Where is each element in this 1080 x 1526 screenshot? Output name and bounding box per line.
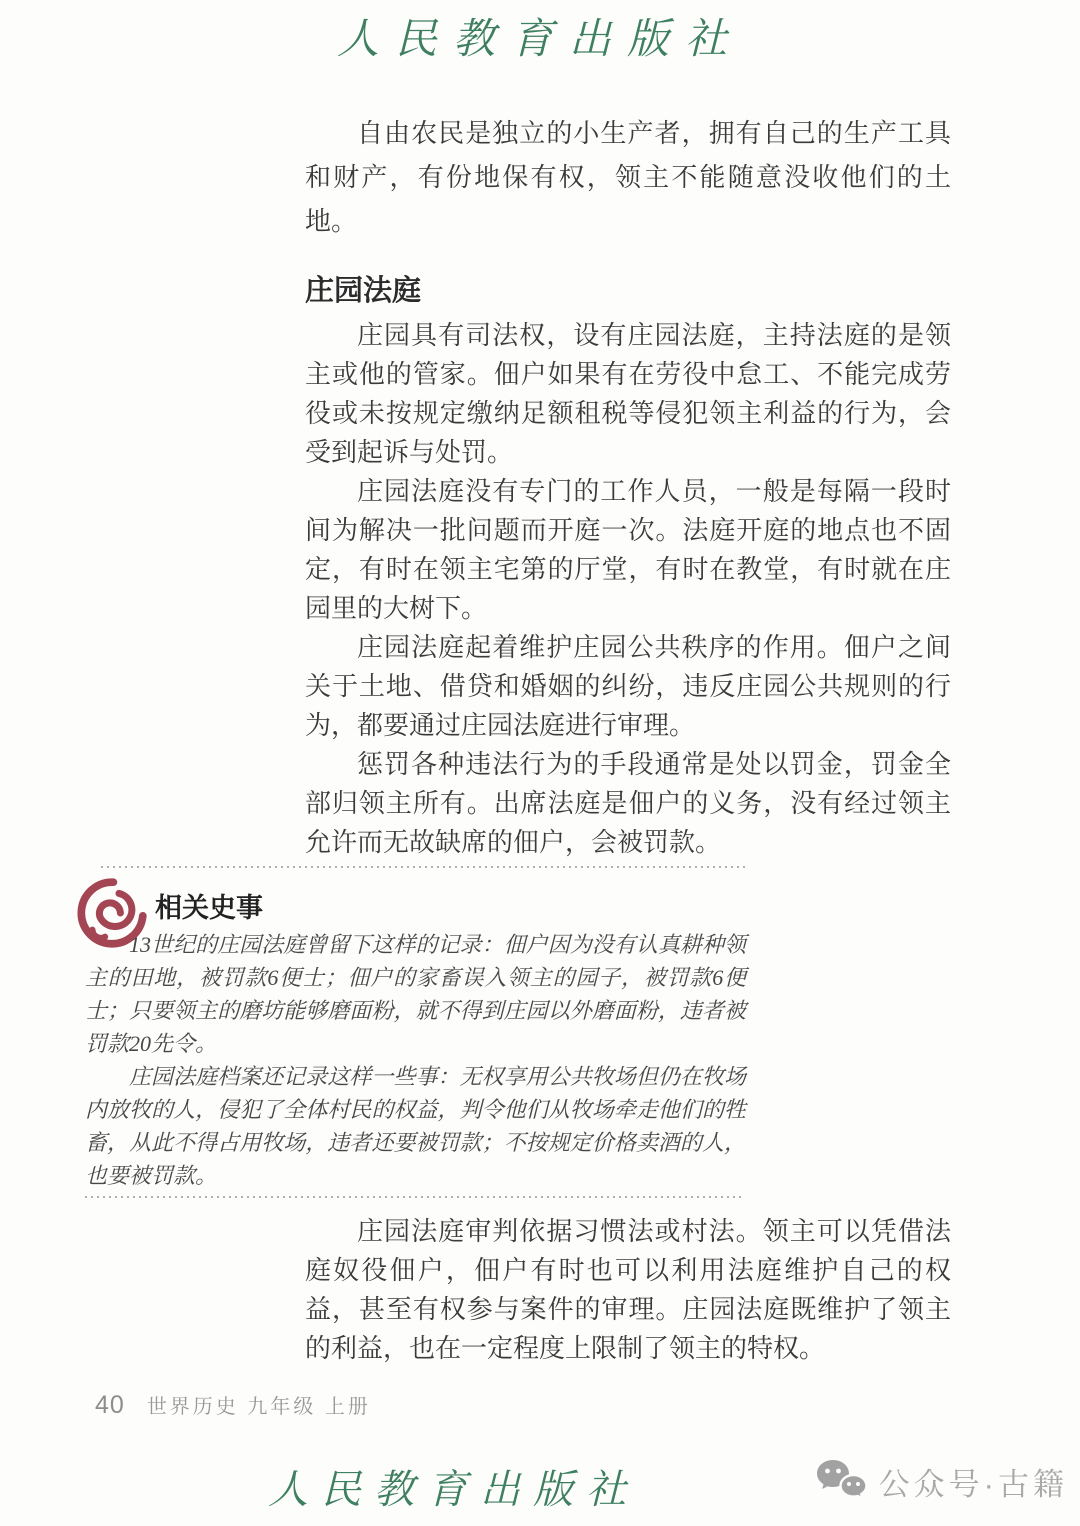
wechat-chat-bubbles-icon [815,1458,869,1504]
sidebar-paragraph: 庄园法庭档案还记录这样一些事：无权享用公共牧场但仍在牧场内放牧的人，侵犯了全体村… [85,1060,746,1192]
sidebar-body: 13世纪的庄园法庭曾留下这样的记录：佃户因为没有认真耕种领主的田地，被罚款6便士… [85,928,746,1192]
related-history-box: 相关史事 13世纪的庄园法庭曾留下这样的记录：佃户因为没有认真耕种领主的田地，被… [85,866,746,868]
wechat-watermark: 公众号·古籍 [815,1458,1068,1504]
body-paragraph: 庄园具有司法权，设有庄园法庭，主持法庭的是领主或他的管家。佃户如果有在劳役中怠工… [305,316,951,472]
dotted-divider-bottom [85,1196,741,1198]
body-paragraph: 庄园法庭起着维护庄园公共秩序的作用。佃户之间关于土地、借贷和婚姻的纠纷，违反庄园… [305,628,951,745]
body-paragraph: 庄园法庭没有专门的工作人员，一般是每隔一段时间为解决一批问题而开庭一次。法庭开庭… [305,472,951,628]
closing-paragraph: 庄园法庭审判依据习惯法或村法。领主可以凭借法庭奴役佃户，佃户有时也可以利用法庭维… [305,1212,951,1368]
section-body: 庄园具有司法权，设有庄园法庭，主持法庭的是领主或他的管家。佃户如果有在劳役中怠工… [305,316,951,862]
book-title: 世界历史 九年级 上册 [147,1396,371,1418]
sidebar-paragraph: 13世纪的庄园法庭曾留下这样的记录：佃户因为没有认真耕种领主的田地，被罚款6便士… [85,928,746,1060]
textbook-page: 人民教育出版社 自由农民是独立的小生产者，拥有自己的生产工具和财产，有份地保有权… [0,0,1080,1526]
watermark-label: 公众号·古籍 [879,1459,1068,1504]
publisher-logo-top: 人民教育出版社 [0,6,1080,66]
body-paragraph: 惩罚各种违法行为的手段通常是处以罚金，罚金全部归领主所有。出席法庭是佃户的义务，… [305,745,951,862]
sidebar-heading: 相关史事 [155,886,263,925]
page-number: 40 [95,1391,125,1419]
section-heading: 庄园法庭 [305,268,421,309]
paragraph: 自由农民是独立的小生产者，拥有自己的生产工具和财产，有份地保有权，领主不能随意没… [305,112,951,244]
intro-paragraph: 自由农民是独立的小生产者，拥有自己的生产工具和财产，有份地保有权，领主不能随意没… [305,112,951,244]
dotted-divider-top [101,866,746,868]
paragraph: 庄园法庭审判依据习惯法或村法。领主可以凭借法庭奴役佃户，佃户有时也可以利用法庭维… [305,1212,951,1368]
page-footer: 40世界历史 九年级 上册 [95,1390,371,1420]
